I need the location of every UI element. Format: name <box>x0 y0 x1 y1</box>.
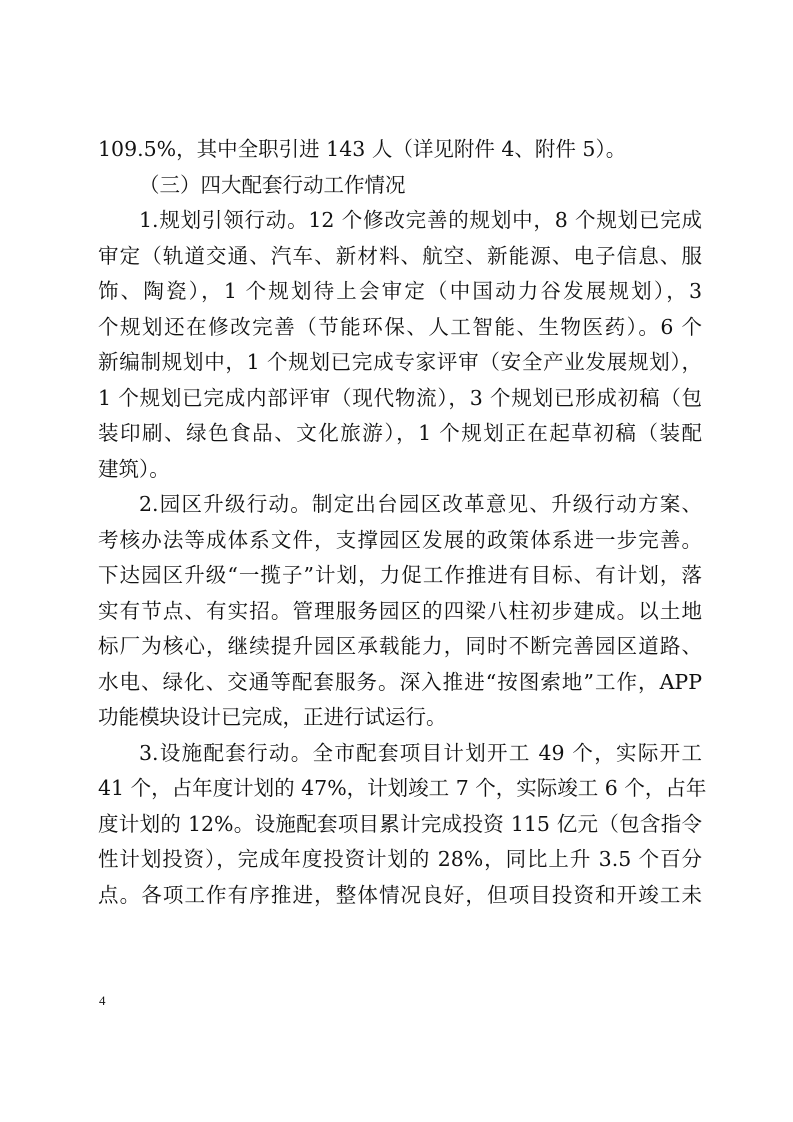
text-line: 41 个，占年度计划的 47%，计划竣工 7 个，实际竣工 6 个，占年 <box>98 771 702 807</box>
text-line: 新编制规划中，1 个规划已完成专家评审（安全产业发展规划）， <box>98 345 702 381</box>
text-line: 考核办法等成体系文件，支撑园区发展的政策体系进一步完善。 <box>98 523 702 559</box>
section-heading: （三）四大配套行动工作情况 <box>98 168 702 204</box>
text-line: 建筑）。 <box>98 452 702 488</box>
text-line: 功能模块设计已完成，正进行试运行。 <box>98 700 702 736</box>
text-line: 3.设施配套行动。全市配套项目计划开工 49 个，实际开工 <box>98 736 702 772</box>
text-line: 标厂为核心，继续提升园区承载能力，同时不断完善园区道路、 <box>98 629 702 665</box>
text-line: 装印刷、绿色食品、文化旅游），1 个规划正在起草初稿（装配 <box>98 416 702 452</box>
text-line: 实有节点、有实招。管理服务园区的四梁八柱初步建成。以土地 <box>98 594 702 630</box>
text-line: 下达园区升级“一揽子”计划，力促工作推进有目标、有计划，落 <box>98 558 702 594</box>
text-line: 审定（轨道交通、汽车、新材料、航空、新能源、电子信息、服 <box>98 239 702 275</box>
text-line: 点。各项工作有序推进，整体情况良好，但项目投资和开竣工未 <box>98 878 702 914</box>
text-line: 饰、陶瓷），1 个规划待上会审定（中国动力谷发展规划），3 <box>98 274 702 310</box>
text-line: 性计划投资），完成年度投资计划的 28%，同比上升 3.5 个百分 <box>98 842 702 878</box>
text-line: 度计划的 12%。设施配套项目累计完成投资 115 亿元（包含指令 <box>98 807 702 843</box>
text-line: 2.园区升级行动。制定出台园区改革意见、升级行动方案、 <box>98 487 702 523</box>
page-number: 4 <box>99 993 106 1009</box>
text-line: 109.5%，其中全职引进 143 人（详见附件 4、附件 5）。 <box>98 132 702 168</box>
text-line: 水电、绿化、交通等配套服务。深入推进“按图索地”工作，APP <box>98 665 702 701</box>
document-body: 109.5%，其中全职引进 143 人（详见附件 4、附件 5）。 （三）四大配… <box>98 132 702 913</box>
text-line: 个规划还在修改完善（节能环保、人工智能、生物医药）。6 个 <box>98 310 702 346</box>
text-line: 1.规划引领行动。12 个修改完善的规划中，8 个规划已完成 <box>98 203 702 239</box>
text-line: 1 个规划已完成内部评审（现代物流），3 个规划已形成初稿（包 <box>98 381 702 417</box>
